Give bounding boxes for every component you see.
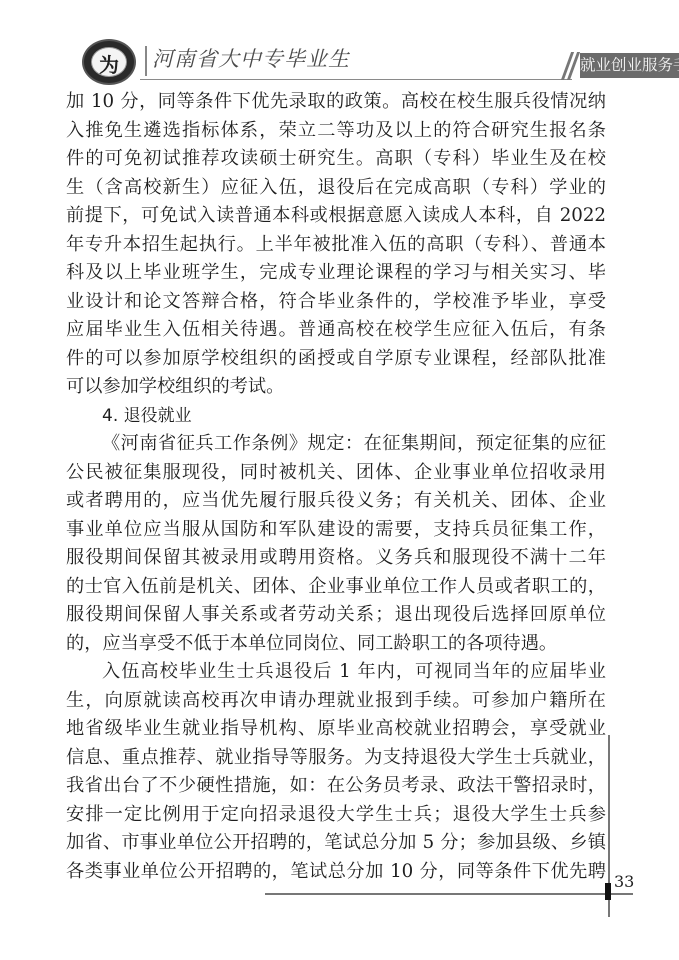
text-line: 科及以上毕业班学生，完成专业理论课程的学习与相关实习、毕 [66,259,606,288]
text-line: 的士官入伍前是机关、团体、企业事业单位工作人员或者职工的， [66,573,606,602]
title-divider [145,46,147,76]
section-heading: 4. 退役就业 [66,402,606,431]
text-line: 生，向原就读高校再次申请办理就业报到手续。可参加户籍所在 [66,687,606,716]
text-line: 各类事业单位公开招聘的，笔试总分加 10 分，同等条件下优先聘 [66,858,606,887]
body-text: 加 10 分，同等条件下优先录取的政策。高校在校生服兵役情况纳 入推免生遴选指标… [66,88,606,886]
text-line: 的，应当享受不低于本单位同岗位、同工龄职工的各项待遇。 [66,630,606,659]
page-number: 33 [614,872,634,891]
text-line: 信息、重点推荐、就业指导等服务。为支持退役大学生士兵就业， [66,744,606,773]
footer-rule [265,893,633,895]
text-line: 我省出台了不少硬性措施，如：在公务员考录、政法干警招录时， [66,772,606,801]
text-line: 加 10 分，同等条件下优先录取的政策。高校在校生服兵役情况纳 [66,88,606,117]
paragraph: 入伍高校毕业生士兵退役后 1 年内，可视同当年的应届毕业 生，向原就读高校再次申… [66,658,606,886]
text-line: 地省级毕业生就业指导机构、原毕业高校就业招聘会，享受就业 [66,715,606,744]
text-line: 服役期间保留其被录用或聘用资格。义务兵和服现役不满十二年 [66,544,606,573]
text-line: 服役期间保留人事关系或者劳动关系；退出现役后选择回原单位 [66,601,606,630]
text-line: 入伍高校毕业生士兵退役后 1 年内，可视同当年的应届毕业 [66,658,606,687]
text-line: 事业单位应当服从国防和军队建设的需要，支持兵员征集工作， [66,516,606,545]
paragraph: 《河南省征兵工作条例》规定：在征集期间，预定征集的应征 公民被征集服现役，同时被… [66,430,606,658]
header-rule [140,79,572,80]
section-tab: 就业创业服务手册 [580,53,679,78]
text-line: 入推免生遴选指标体系，荣立二等功及以上的符合研究生报名条 [66,117,606,146]
text-line: 公民被征集服现役，同时被机关、团体、企业事业单位招收录用 [66,459,606,488]
text-line: 《河南省征兵工作条例》规定：在征集期间，预定征集的应征 [66,430,606,459]
page-header: 为 河南省大中专毕业生 [0,0,679,90]
text-line: 年专升本招生起执行。上半年被批准入伍的高职（专科）、普通本 [66,231,606,260]
text-line: 加省、市事业单位公开招聘的，笔试总分加 5 分；参加县级、乡镇 [66,829,606,858]
logo-glyph: 为 [92,53,126,77]
text-line: 安排一定比例用于定向招录退役大学生士兵；退役大学生士兵参 [66,801,606,830]
text-line: 前提下，可免试入读普通本科或根据意愿入读成人本科，自 2022 [66,202,606,231]
text-line: 件的可免初试推荐攻读硕士研究生。高职（专科）毕业生及在校 [66,145,606,174]
text-line: 件的可以参加原学校组织的函授或自学原专业课程，经部队批准 [66,345,606,374]
text-line: 可以参加学校组织的考试。 [66,373,606,402]
emblem-logo-icon: 为 [82,39,136,85]
text-line: 或者聘用的，应当优先履行服兵役义务；有关机关、团体、企业 [66,487,606,516]
site-title: 河南省大中专毕业生 [152,43,350,73]
text-line: 业设计和论文答辩合格，符合毕业条件的，学校准予毕业，享受 [66,288,606,317]
page-marker-icon [605,883,611,900]
paragraph: 加 10 分，同等条件下优先录取的政策。高校在校生服兵役情况纳 入推免生遴选指标… [66,88,606,402]
text-line: 生（含高校新生）应征入伍，退役后在完成高职（专科）学业的 [66,174,606,203]
text-line: 应届毕业生入伍相关待遇。普通高校在校学生应征入伍后，有条 [66,316,606,345]
